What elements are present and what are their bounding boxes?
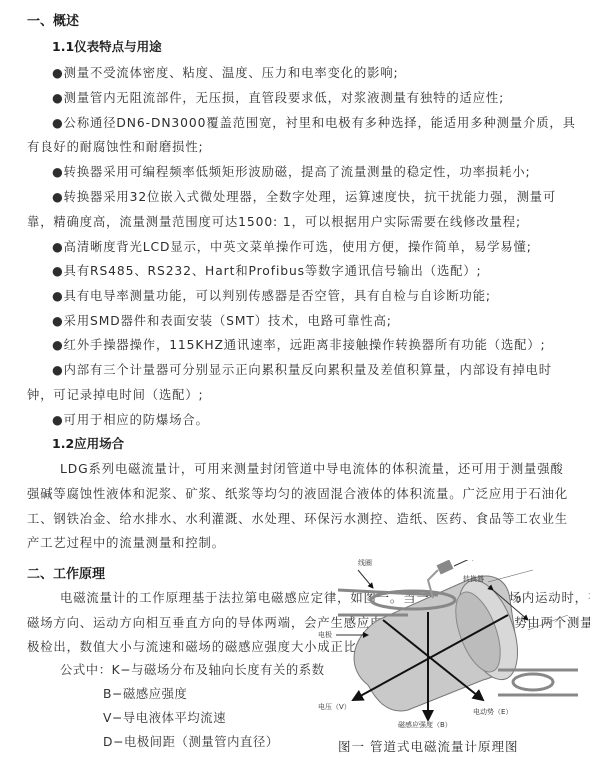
formula-intro: 公式中：K−与磁场分布及轴向长度有关的系数: [60, 660, 325, 678]
feature-bullet: ●具有电导率测量功能，可以判别传感器是否空管，具有自检与自诊断功能;: [52, 286, 491, 304]
formula-term-v: V−导电液体平均流速: [103, 708, 226, 726]
feature-bullet: ●测量管内无阻流部件，无压损，直管段要求低，对浆液测量有独特的适应性;: [52, 88, 504, 106]
applications-paragraph-line: 工、钢铁冶金、给水排水、水利灌溉、水处理、环保污水测控、造纸、医药、食品等工农业…: [27, 509, 568, 527]
converter-label: 转换器: [463, 574, 484, 584]
feature-bullet: ●内部有三个计量器可分别显示正向累积量反向累积量及差值积算量，内部设有掉电时: [52, 360, 552, 378]
feature-bullet: ●转换器采用32位嵌入式微处理器，全数字处理，运算速度快，抗干扰能力强，测量可: [52, 187, 556, 205]
formula-term-b: B−磁感应强度: [103, 684, 187, 702]
feature-bullet: ●红外手操器操作，115KHZ通讯速率，远距离非接触操作转换器所有功能（选配）;: [52, 335, 546, 353]
feature-bullet-continued: 靠，精确度高，流量测量范围度可达1500: 1，可以根据用户实际需要在线修改量程…: [27, 212, 521, 230]
flux-density-label: 磁感应强度（B）: [398, 720, 452, 730]
feature-bullet: ●具有RS485、RS232、Hart和Profibus等数字通讯信号输出（选配…: [52, 261, 482, 279]
section-principle-heading: 二、工作原理: [27, 563, 105, 582]
feature-bullet-continued: 有良好的耐腐蚀性和耐磨损性;: [27, 137, 204, 155]
voltage-label: 电压（V）: [318, 702, 351, 712]
formula-term-d: D−电极间距（测量管内直径）: [103, 732, 279, 750]
applications-paragraph-line: LDG系列电磁流量计，可用来测量封闭管道中导电流体的体积流量，还可用于测量强酸: [60, 459, 564, 477]
flowmeter-principle-diagram: 线圈 转换器 D 电极 电压（V） 电动势（E） 磁感应强度（B）: [318, 560, 578, 730]
subsection-applications-heading: 1.2应用场合: [52, 434, 124, 452]
feature-bullet-continued: 钟，可记录掉电时间（选配）;: [27, 385, 204, 403]
electrode-label: 电极: [318, 630, 332, 640]
applications-paragraph-line: 产工艺过程中的流量测量和控制。: [27, 533, 225, 551]
feature-bullet: ●采用SMD器件和表面安装（SMT）技术，电路可靠性高;: [52, 311, 392, 329]
figure-caption: 图一 管道式电磁流量计原理图: [338, 737, 518, 755]
section-overview-heading: 一、概述: [27, 10, 79, 29]
applications-paragraph-line: 强碱等腐蚀性液体和泥浆、矿浆、纸浆等均匀的液固混合液体的体积流量。广泛应用于石油…: [27, 484, 568, 502]
feature-bullet: ●转换器采用可编程频率低频矩形波励磁，提高了流量测量的稳定性，功率损耗小;: [52, 162, 531, 180]
subsection-features-heading: 1.1仪表特点与用途: [52, 37, 162, 55]
feature-bullet: ●公称通径DN6-DN3000覆盖范围宽，衬里和电极有多种选择，能适用多种测量介…: [52, 113, 576, 131]
feature-bullet: ●测量不受流体密度、粘度、温度、压力和电率变化的影响;: [52, 63, 399, 81]
diameter-label: D: [516, 596, 521, 604]
pipe-diagram-icon: [318, 560, 578, 730]
feature-bullet: ●高清晰度背光LCD显示，中英文菜单操作可选，使用方便，操作简单，易学易懂;: [52, 237, 532, 255]
feature-bullet: ●可用于相应的防爆场合。: [52, 410, 209, 428]
coil-label: 线圈: [358, 558, 372, 568]
emf-label: 电动势（E）: [473, 707, 512, 717]
